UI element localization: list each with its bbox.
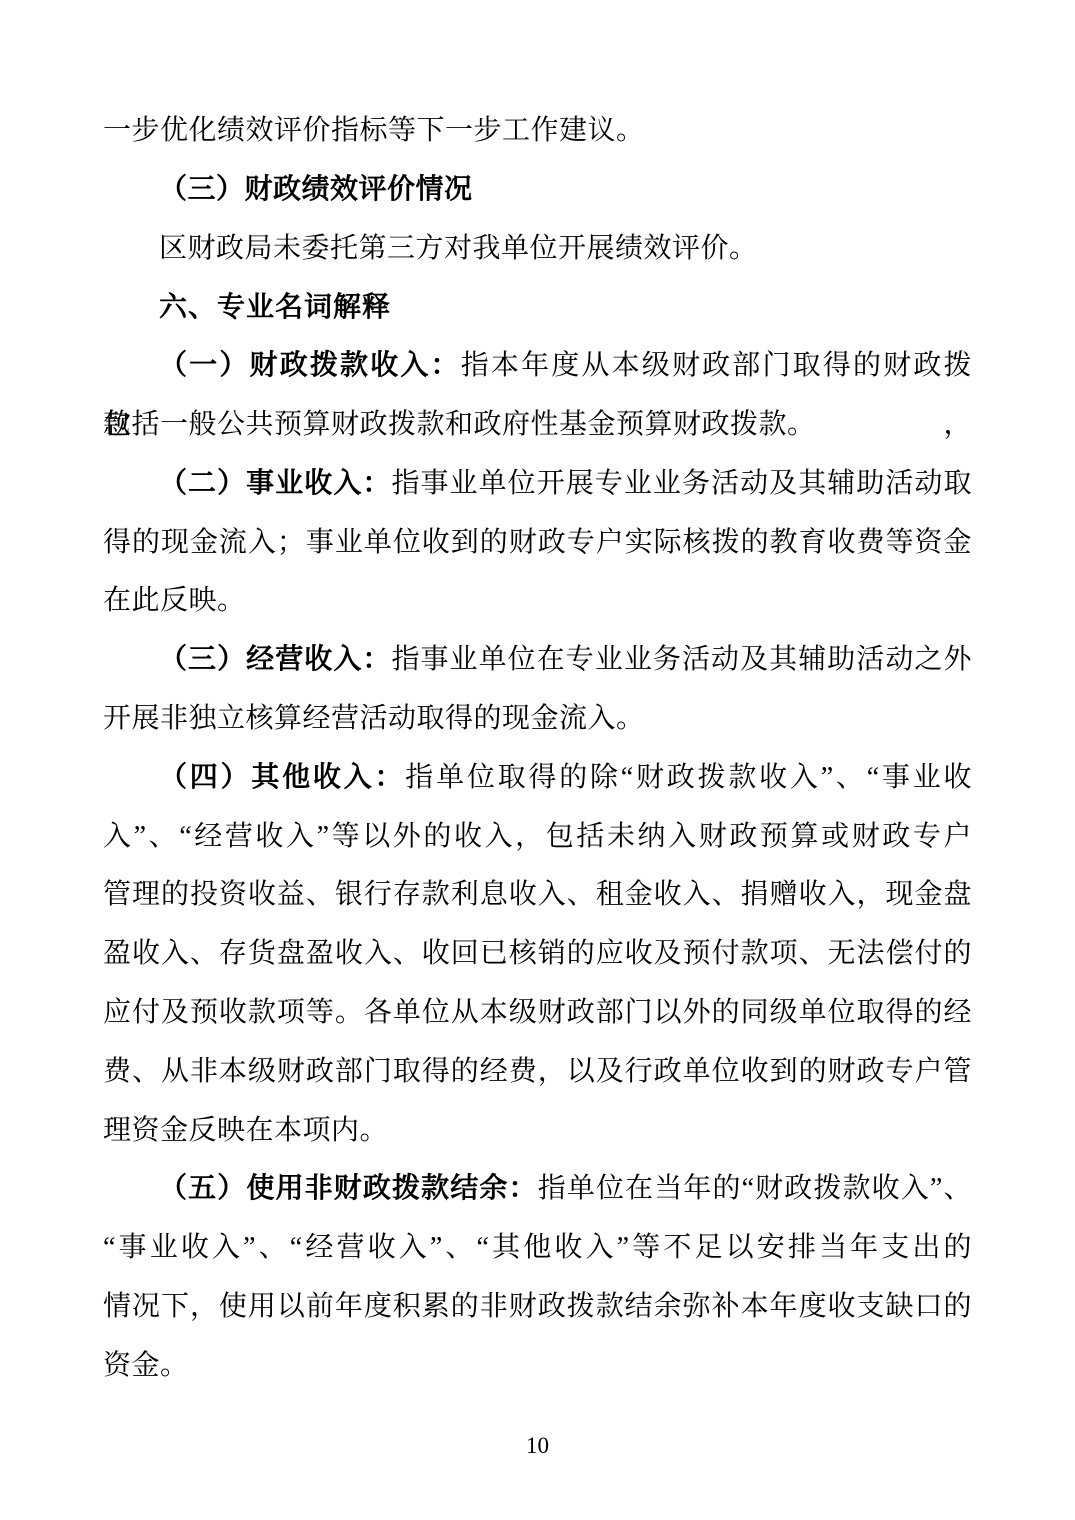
document-content: 一步优化绩效评价指标等下一步工作建议。（三）财政绩效评价情况区财政局未委托第三方… xyxy=(103,102,972,1396)
document-page: 一步优化绩效评价指标等下一步工作建议。（三）财政绩效评价情况区财政局未委托第三方… xyxy=(0,0,1075,1520)
text-run: 理资金反映在本项内。 xyxy=(103,1115,388,1146)
text-line: 费、从非本级财政部门取得的经费，以及行政单位收到的财政专户管 xyxy=(103,1043,972,1102)
text-run: （四）其他收入： xyxy=(159,762,405,793)
text-run: （五）使用非财政拨款结余： xyxy=(159,1173,538,1204)
text-line: 一步优化绩效评价指标等下一步工作建议。 xyxy=(103,102,972,161)
page-number: 10 xyxy=(0,1433,1075,1459)
text-run: 在此反映。 xyxy=(103,585,246,616)
text-line: 应付及预收款项等。各单位从本级财政部门以外的同级单位取得的经 xyxy=(103,984,972,1043)
text-run: 指单位在当年的“财政拨款收入”、 xyxy=(538,1173,972,1204)
text-run: 资金。 xyxy=(103,1350,189,1381)
text-run: “事业收入”、“经营收入”、“其他收入”等不足以安排当年支出的 xyxy=(103,1232,972,1263)
text-run: 入”、“经营收入”等以外的收入，包括未纳入财政预算或财政专户 xyxy=(103,821,972,852)
text-run: 盈收入、存货盘盈收入、收回已核销的应收及预付款项、无法偿付的 xyxy=(103,938,972,969)
text-line: （三）经营收入：指事业单位在专业业务活动及其辅助活动之外 xyxy=(103,631,972,690)
text-run: 费、从非本级财政部门取得的经费，以及行政单位收到的财政专户管 xyxy=(103,1056,972,1087)
text-line: 区财政局未委托第三方对我单位开展绩效评价。 xyxy=(103,220,972,279)
text-line: 六、专业名词解释 xyxy=(103,278,972,337)
text-run: 应付及预收款项等。各单位从本级财政部门以外的同级单位取得的经 xyxy=(103,997,972,1028)
text-run: 一步优化绩效评价指标等下一步工作建议。 xyxy=(103,115,645,146)
text-line: 盈收入、存货盘盈收入、收回已核销的应收及预付款项、无法偿付的 xyxy=(103,925,972,984)
text-line: 管理的投资收益、银行存款利息收入、租金收入、捐赠收入，现金盘 xyxy=(103,866,972,925)
text-line: “事业收入”、“经营收入”、“其他收入”等不足以安排当年支出的 xyxy=(103,1219,972,1278)
text-line: 入”、“经营收入”等以外的收入，包括未纳入财政预算或财政专户 xyxy=(103,808,972,867)
text-line: 得的现金流入；事业单位收到的财政专户实际核拨的教育收费等资金 xyxy=(103,514,972,573)
text-line: 资金。 xyxy=(103,1337,972,1396)
text-line: （三）财政绩效评价情况 xyxy=(103,161,972,220)
text-run: 指事业单位在专业业务活动及其辅助活动之外 xyxy=(391,644,972,675)
text-line: （二）事业收入：指事业单位开展专业业务活动及其辅助活动取 xyxy=(103,455,972,514)
text-line: （四）其他收入：指单位取得的除“财政拨款收入”、“事业收 xyxy=(103,749,972,808)
text-run: 情况下，使用以前年度积累的非财政拨款结余弥补本年度收支缺口的 xyxy=(103,1291,972,1322)
text-line: （一）财政拨款收入：指本年度从本级财政部门取得的财政拨款， xyxy=(103,337,972,396)
text-run: （一）财政拨款收入： xyxy=(159,350,461,381)
text-line: 开展非独立核算经营活动取得的现金流入。 xyxy=(103,690,972,749)
text-run: 指事业单位开展专业业务活动及其辅助活动取 xyxy=(391,468,972,499)
text-run: 得的现金流入；事业单位收到的财政专户实际核拨的教育收费等资金 xyxy=(103,527,972,558)
text-line: 在此反映。 xyxy=(103,572,972,631)
text-run: 开展非独立核算经营活动取得的现金流入。 xyxy=(103,703,645,734)
text-line: （五）使用非财政拨款结余：指单位在当年的“财政拨款收入”、 xyxy=(103,1160,972,1219)
text-run: 指单位取得的除“财政拨款收入”、“事业收 xyxy=(405,762,972,793)
text-run: （二）事业收入： xyxy=(159,468,391,499)
text-line: 情况下，使用以前年度积累的非财政拨款结余弥补本年度收支缺口的 xyxy=(103,1278,972,1337)
text-run: 区财政局未委托第三方对我单位开展绩效评价。 xyxy=(159,233,758,264)
text-line: 理资金反映在本项内。 xyxy=(103,1102,972,1161)
text-run: （三）经营收入： xyxy=(159,644,391,675)
text-run: （三）财政绩效评价情况 xyxy=(159,174,473,205)
text-run: 管理的投资收益、银行存款利息收入、租金收入、捐赠收入，现金盘 xyxy=(103,879,972,910)
text-run: 包括一般公共预算财政拨款和政府性基金预算财政拨款。 xyxy=(103,409,816,440)
text-run: 六、专业名词解释 xyxy=(159,291,391,322)
